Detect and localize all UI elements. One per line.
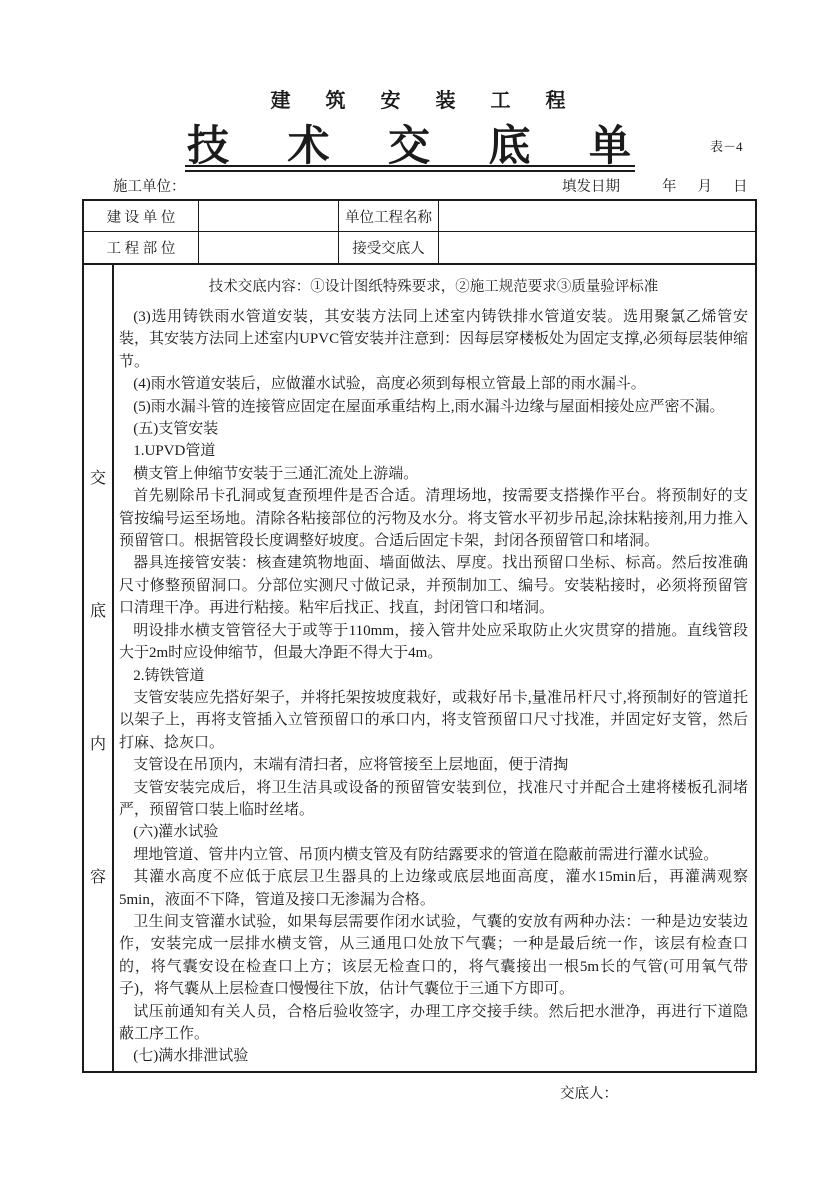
receiver-label: 接受交底人 [339,232,439,263]
paragraph: 其灌水高度不应低于底层卫生器具的上边缘或底层地面高度，灌水15min后，再灌满观… [119,866,748,911]
receiver-value-cell [439,232,755,263]
paragraph: (六)灌水试验 [119,821,748,843]
discloser-label: 交底人： [560,1082,618,1103]
info-table: 建 设 单 位 单位工程名称 工 程 部 位 接受交底人 [82,199,757,265]
project-part-value-cell [199,232,339,263]
paragraph: (3)选用铸铁雨水管道安装，其安装方法同上述室内铸铁排水管道安装。选用聚氯乙烯管… [119,306,748,373]
year-label: 年 [662,175,677,196]
construction-org-value-cell [199,201,339,232]
paragraph: (七)满水排泄试验 [119,1045,748,1067]
document-title: 技 术 交 底 单 [0,113,820,173]
paragraph: 支管安装完成后，将卫生洁具或设备的预留管安装到位，找准尺寸并配合土建将楼板孔洞堵… [119,777,748,822]
side-label-char: 交 [90,465,106,488]
side-label-column: 交 底 内 容 [84,265,114,1071]
disclosure-content-box: 交 底 内 容 技术交底内容：①设计图纸特殊要求，②施工规范要求③质量验评标准 … [82,263,757,1073]
paragraph: 明设排水横支管管径大于或等于110mm，接入管井处应采取防止火灾贯穿的措施。直线… [119,620,748,665]
unit-project-name-label: 单位工程名称 [339,201,439,232]
issue-date-label: 填发日期 [562,175,620,196]
paragraph: 1.UPVD管道 [119,440,748,462]
paragraph: (5)雨水漏斗管的连接管应固定在屋面承重结构上,雨水漏斗边缘与屋面相接处应严密不… [119,396,748,418]
paragraph: 试压前通知有关人员，合格后验收签字，办理工序交接手续。然后把水泄净，再进行下道隐… [119,1001,748,1046]
content-header-note: 技术交底内容：①设计图纸特殊要求，②施工规范要求③质量验评标准 [119,275,748,296]
paragraph: 埋地管道、管井内立管、吊顶内横支管及有防结露要求的管道在隐蔽前需进行灌水试验。 [119,844,748,866]
meta-line: 施工单位： 填发日期 年 月 日 [0,175,838,193]
unit-project-name-value-cell [439,201,755,232]
side-label-char: 内 [90,731,106,754]
project-part-label: 工 程 部 位 [84,232,199,263]
title-underline [185,165,635,172]
paragraph: 支管安装应先搭好架子，并将托架按坡度栽好，或栽好吊卡,量准吊杆尺寸,将预制好的管… [119,687,748,754]
construction-unit-label: 施工单位： [113,175,186,196]
side-label-char: 底 [90,598,106,621]
form-code: 表－4 [710,136,743,155]
paragraph: 横支管上伸缩节安装于三通汇流处上游端。 [119,463,748,485]
paragraph: (4)雨水管道安装后，应做灌水试验，高度必须到每根立管最上部的雨水漏斗。 [119,373,748,395]
paragraph: 首先剔除吊卡孔洞或复查预埋件是否合适。清理场地，按需要支搭操作平台。将预制好的支… [119,485,748,552]
paragraph: 支管设在吊顶内，末端有清扫者，应将管接至上层地面，便于清掏 [119,754,748,776]
paragraph: 器具连接管安装：核查建筑物地面、墙面做法、厚度。找出预留口坐标、标高。然后按准确… [119,552,748,619]
paragraph: 卫生间支管灌水试验，如果每层需要作闭水试验，气囊的安放有两种办法：一种是边安装边… [119,911,748,1001]
document-subtitle: 建 筑 安 装 工 程 [0,84,838,113]
construction-org-label: 建 设 单 位 [84,201,199,232]
month-label: 月 [698,175,713,196]
issue-date-fields: 年 月 日 [662,175,748,196]
content-column: 技术交底内容：①设计图纸特殊要求，②施工规范要求③质量验评标准 (3)选用铸铁雨… [114,265,755,1071]
day-label: 日 [733,175,748,196]
paragraph: (五)支管安装 [119,418,748,440]
content-body: (3)选用铸铁雨水管道安装，其安装方法同上述室内铸铁排水管道安装。选用聚氯乙烯管… [119,306,748,1068]
side-label-char: 容 [90,864,106,887]
paragraph: 2.铸铁管道 [119,665,748,687]
